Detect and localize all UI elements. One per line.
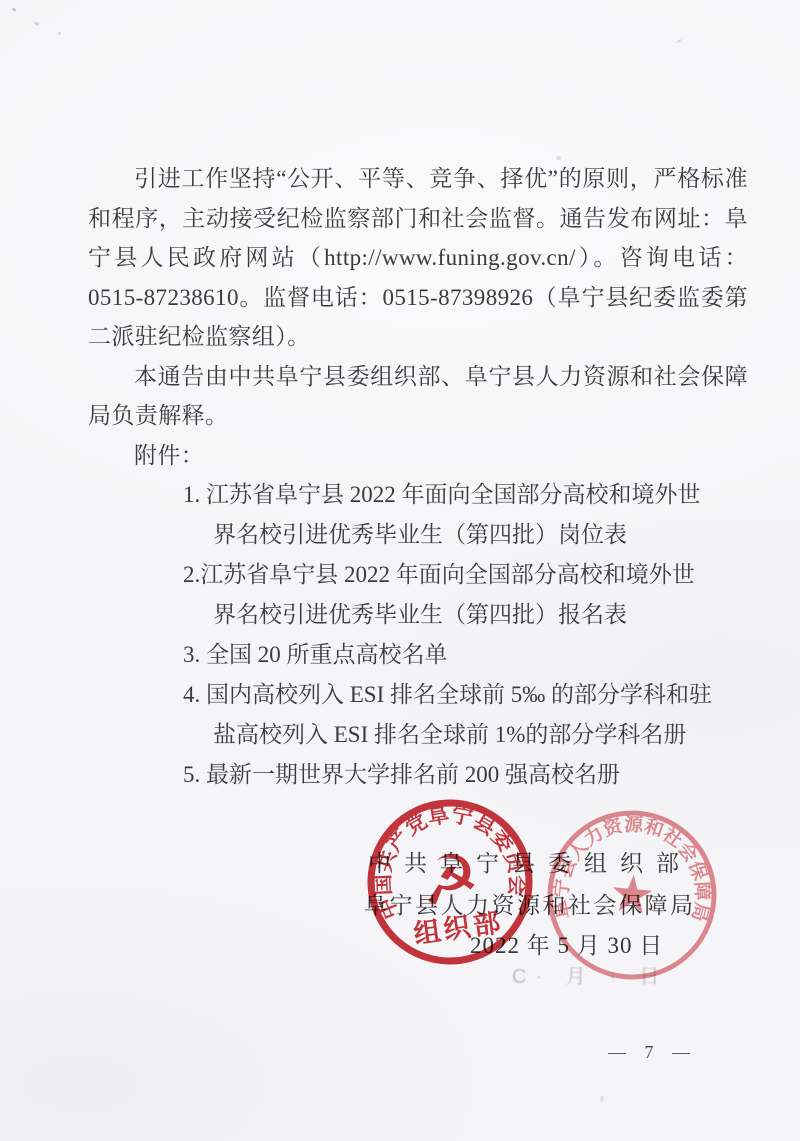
attachment-text: 全国 20 所重点高校名单 xyxy=(206,642,448,667)
paper-speck xyxy=(600,1096,604,1102)
attachment-text: 江苏省阜宁县 2022 年面向全国部分高校和境外世界名校引进优秀毕业生（第四批）… xyxy=(200,562,695,627)
attachment-item-3: 3. 全国 20 所重点高校名单 xyxy=(183,635,713,675)
attachment-text: 国内高校列入 ESI 排名全球前 5‰ 的部分学科和驻盐高校列入 ESI 排名全… xyxy=(206,682,712,747)
document-body: 引进工作坚持“公开、平等、竞争、择优”的原则，严格标准和程序，主动接受纪检监察部… xyxy=(88,159,748,795)
document-page: 引进工作坚持“公开、平等、竞争、择优”的原则，严格标准和程序，主动接受纪检监察部… xyxy=(0,0,800,1141)
attachment-item-2: 2.江苏省阜宁县 2022 年面向全国部分高校和境外世界名校引进优秀毕业生（第四… xyxy=(183,555,713,635)
attachments-list: 1. 江苏省阜宁县 2022 年面向全国部分高校和境外世界名校引进优秀毕业生（第… xyxy=(183,475,713,795)
attachment-number: 1. xyxy=(183,482,206,507)
attachment-number: 4. xyxy=(183,682,206,707)
paper-speck xyxy=(12,7,17,12)
paper-speck xyxy=(556,156,561,160)
paper-speck xyxy=(676,39,682,44)
attachment-item-4: 4. 国内高校列入 ESI 排名全球前 5‰ 的部分学科和驻盐高校列入 ESI … xyxy=(183,675,713,755)
hr-bureau-seal: 阜宁县人力资源和社会保障局 ★ xyxy=(526,789,738,1001)
paragraph-interpretation-note: 本通告由中共阜宁县委组织部、阜宁县人力资源和社会保障局负责解释。 xyxy=(88,357,748,436)
hammer-sickle-icon: ☭ xyxy=(415,838,484,922)
attachment-number: 5. xyxy=(183,762,206,787)
attachment-number: 2. xyxy=(183,562,200,587)
star-icon: ★ xyxy=(606,863,657,927)
paper-speck xyxy=(58,32,61,35)
paper-speck xyxy=(34,21,40,26)
attachments-label: 附件： xyxy=(88,436,748,476)
page-number: — 7 — xyxy=(608,1042,697,1063)
attachment-text: 最新一期世界大学排名前 200 强高校名册 xyxy=(206,762,620,787)
attachment-item-1: 1. 江苏省阜宁县 2022 年面向全国部分高校和境外世界名校引进优秀毕业生（第… xyxy=(183,475,713,555)
attachment-number: 3. xyxy=(183,642,206,667)
attachment-text: 江苏省阜宁县 2022 年面向全国部分高校和境外世界名校引进优秀毕业生（第四批）… xyxy=(206,482,701,547)
paragraph-recruitment-principles: 引进工作坚持“公开、平等、竞争、择优”的原则，严格标准和程序，主动接受纪检监察部… xyxy=(88,159,748,357)
